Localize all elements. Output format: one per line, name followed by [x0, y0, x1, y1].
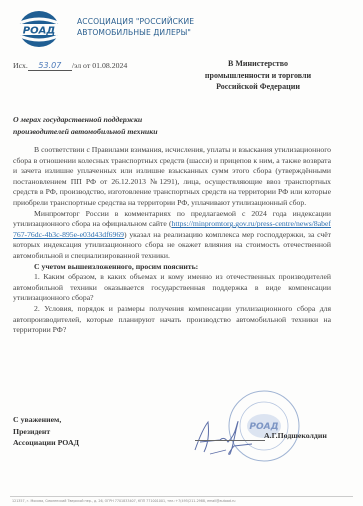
closing-block: С уважением, Президент Ассоциации РОАД	[13, 414, 79, 449]
footer-divider	[10, 496, 353, 497]
question-2: 2. Условия, порядок и размеры получения …	[13, 304, 331, 336]
org-name-line2: АВТОМОБИЛЬНЫЕ ДИЛЕРЫ"	[77, 27, 194, 38]
addressee-block: В Министерство промышленности и торговли…	[188, 58, 328, 93]
signer-name: А.Г.Подшеколдин	[264, 431, 327, 440]
letter-body: В соответствии с Правилами взимания, исч…	[13, 145, 331, 336]
organization-name: АССОЦИАЦИЯ "РОССИЙСКИЕ АВТОМОБИЛЬНЫЕ ДИЛ…	[77, 16, 194, 38]
org-name-line1: АССОЦИАЦИЯ "РОССИЙСКИЕ	[77, 16, 194, 27]
ref-suffix: /эл от 01.08.2024	[72, 61, 127, 70]
addressee-line3: Российской Федерации	[188, 81, 328, 93]
subject-line2: производителей автомобильной техники	[13, 126, 158, 138]
addressee-line2: промышленности и торговли	[188, 70, 328, 82]
footer-contacts: 121357, г. Москва, Смоленский Тверской п…	[12, 499, 235, 503]
road-logo-icon: РОАД	[16, 9, 62, 49]
ref-number: 53.07	[28, 61, 72, 71]
closing-regards: С уважением,	[13, 414, 79, 426]
closing-organization: Ассоциации РОАД	[13, 437, 79, 449]
ref-prefix: Исх.	[13, 61, 28, 70]
question-1: 1. Каким образом, в каких объемах и кому…	[13, 272, 331, 304]
request-heading: С учетом вышеизложенного, просим пояснит…	[13, 262, 331, 273]
signature-line	[195, 440, 265, 441]
addressee-line1: В Министерство	[188, 58, 328, 70]
letter-subject: О мерах государственной поддержки произв…	[13, 114, 158, 137]
subject-line1: О мерах государственной поддержки	[13, 114, 158, 126]
svg-text:РОАД: РОАД	[23, 26, 56, 37]
paragraph-rules: В соответствии с Правилами взимания, исч…	[13, 145, 331, 209]
outgoing-reference: Исх.53.07/эл от 01.08.2024	[13, 61, 127, 71]
closing-position: Президент	[13, 426, 79, 438]
paragraph-minpromtorg: Минпромторг России в комментариях по пре…	[13, 209, 331, 262]
